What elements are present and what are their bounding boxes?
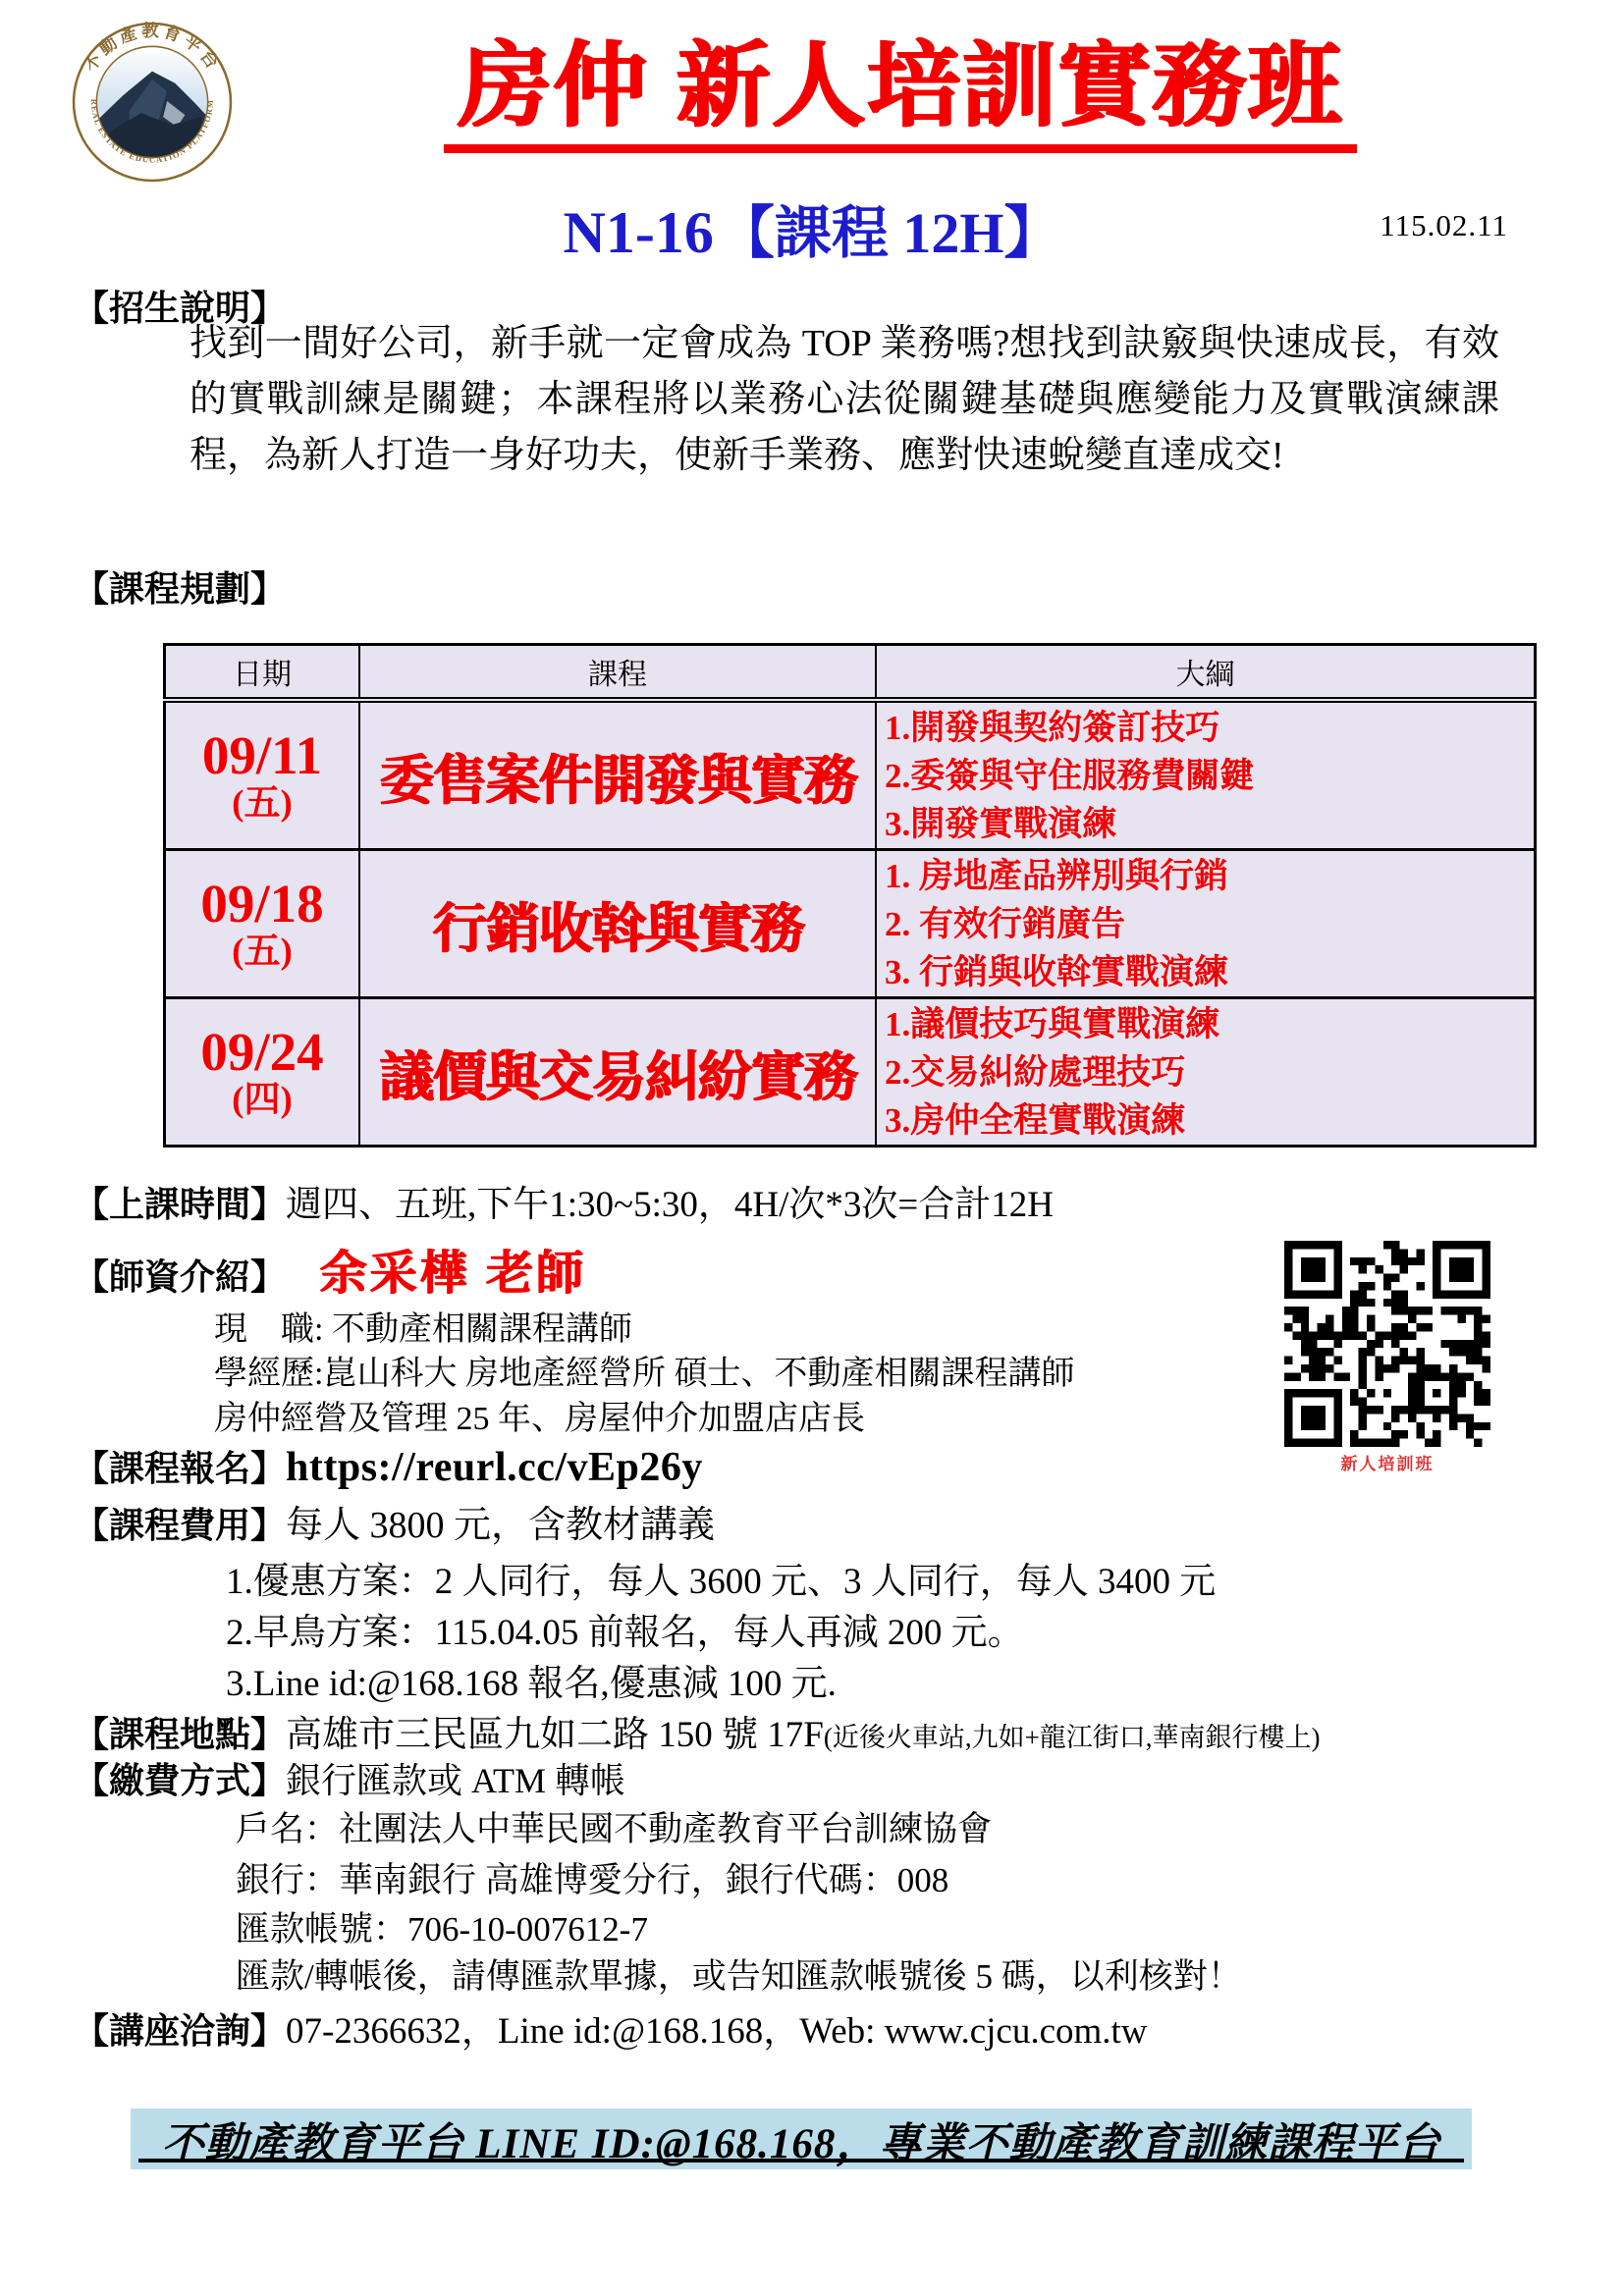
- location-address: 高雄市三民區九如二路 150 號 17F: [286, 1704, 824, 1757]
- outline-item: 1.議價技巧與實戰演練: [877, 1000, 1534, 1048]
- fee-line: 【課程費用】 每人 3800 元，含教材講義: [74, 1494, 715, 1548]
- outline-item: 3.開發實戰演練: [877, 800, 1534, 848]
- table-row: 09/18 (五) 行銷收斡與實務 1. 房地產品辨別與行銷 2. 有效行銷廣告…: [165, 850, 1536, 998]
- qr-caption: 新人培訓班: [1284, 1450, 1490, 1474]
- register-line: 【課程報名】 https://reurl.cc/vEp26y: [74, 1441, 703, 1491]
- payment-line: 【繳費方式】 銀行匯款或 ATM 轉帳: [74, 1753, 625, 1803]
- revision-date: 115.02.11: [1380, 208, 1508, 243]
- location-note: (近後火車站,九如+龍江街口,華南銀行樓上): [824, 1716, 1321, 1754]
- teacher-experience: 房仲經營及管理 25 年、房屋仲介加盟店店長: [214, 1391, 865, 1439]
- payment-method: 銀行匯款或 ATM 轉帳: [286, 1753, 625, 1803]
- location-line: 【課程地點】 高雄市三民區九如二路 150 號 17F (近後火車站,九如+龍江…: [74, 1704, 1321, 1757]
- outline-item: 3. 行銷與收斡實戰演練: [877, 948, 1534, 996]
- footer-banner: 不動產教育平台 LINE ID:@168.168，專業不動產教育訓練課程平台: [131, 2109, 1472, 2169]
- table-header-row: 日期 課程 大綱: [165, 645, 1536, 701]
- course-table: 日期 課程 大綱 09/11 (五) 委售案件開發與實務 1.開發與契約簽訂技巧…: [163, 643, 1537, 1148]
- outline-item: 2. 有效行銷廣告: [877, 900, 1534, 948]
- outline-item: 1.開發與契約簽訂技巧: [877, 704, 1534, 752]
- session-date: 09/24: [166, 1024, 358, 1081]
- session-date: 09/11: [166, 727, 358, 784]
- contact-line: 【講座洽詢】 07-2366632，Line id:@168.168，Web: …: [74, 2001, 1148, 2054]
- session-course: 委售案件開發與實務: [359, 700, 876, 850]
- session-course: 議價與交易糾紛實務: [359, 998, 876, 1147]
- session-weekday: (五): [166, 784, 358, 825]
- class-time-text: 週四、五班,下午1:30~5:30，4H/次*3次=合計12H: [286, 1174, 1054, 1227]
- teacher-heading-line: 【師資介紹】 余采樺 老師: [74, 1235, 585, 1303]
- payment-bank: 銀行：華南銀行 高雄博愛分行，銀行代碼：008: [236, 1853, 948, 1902]
- fee-item-group: 1.優惠方案：2 人同行，每人 3600 元、3 人同行，每人 3400 元: [226, 1551, 1216, 1604]
- teacher-education: 學經歷:崑山科大 房地產經營所 碩士、不動產相關課程講師: [214, 1346, 1074, 1394]
- contact-info: 07-2366632，Line id:@168.168，Web: www.cjc…: [286, 2001, 1148, 2054]
- col-header-course: 課程: [359, 645, 876, 701]
- page-title: 房仲 新人培訓實務班: [444, 33, 1356, 153]
- payment-account-name: 戶名：社團法人中華民國不動產教育平台訓練協會: [236, 1802, 992, 1851]
- fee-text: 每人 3800 元，含教材講義: [286, 1494, 715, 1548]
- session-weekday: (五): [166, 933, 358, 973]
- col-header-outline: 大綱: [876, 645, 1536, 701]
- footer-banner-underline: [138, 2159, 1464, 2163]
- fee-item-line: 3.Line id:@168.168 報名,優惠減 100 元.: [226, 1653, 837, 1706]
- payment-account-number: 匯款帳號：706-10-007612-7: [236, 1902, 648, 1951]
- outline-item: 1. 房地產品辨別與行銷: [877, 852, 1534, 900]
- class-time-line: 【上課時間】 週四、五班,下午1:30~5:30，4H/次*3次=合計12H: [74, 1174, 1054, 1227]
- course-hours: 【課程 12H】: [718, 201, 1061, 265]
- session-course: 行銷收斡與實務: [359, 850, 876, 998]
- outline-item: 2.委簽與守住服務費關鍵: [877, 752, 1534, 800]
- register-url-link[interactable]: https://reurl.cc/vEp26y: [286, 1444, 703, 1491]
- session-weekday: (四): [166, 1081, 358, 1121]
- flyer-page: 不動產教育平台 REAL ESTATE EDUCATION PLATFORM 房…: [0, 0, 1624, 2296]
- outline-item: 2.交易糾紛處理技巧: [877, 1048, 1534, 1096]
- org-logo: 不動產教育平台 REAL ESTATE EDUCATION PLATFORM: [72, 22, 233, 183]
- recruit-paragraph: 找到一間好公司，新手就一定會成為 TOP 業務嗎?想找到訣竅與快速成長，有效的實…: [189, 316, 1499, 484]
- qr-code: [1284, 1241, 1490, 1447]
- fee-item-earlybird: 2.早鳥方案：115.04.05 前報名，每人再減 200 元。: [226, 1602, 1024, 1655]
- col-header-date: 日期: [165, 645, 360, 701]
- session-date: 09/18: [166, 876, 358, 933]
- title-block: 房仲 新人培訓實務班: [236, 33, 1565, 153]
- outline-item: 3.房仲全程實戰演練: [877, 1096, 1534, 1145]
- teacher-current-job: 現 職: 不動產相關課程講師: [214, 1302, 632, 1350]
- payment-confirm-note: 匯款/轉帳後，請傳匯款單據，或告知匯款帳號後 5 碼，以利核對！: [236, 1949, 1242, 1999]
- table-row: 09/24 (四) 議價與交易糾紛實務 1.議價技巧與實戰演練 2.交易糾紛處理…: [165, 998, 1536, 1147]
- course-code: N1-16: [564, 200, 714, 265]
- section-plan-heading: 【課程規劃】: [74, 561, 286, 612]
- qr-block: 新人培訓班: [1284, 1241, 1490, 1474]
- teacher-name: 余采樺 老師: [319, 1235, 585, 1303]
- table-row: 09/11 (五) 委售案件開發與實務 1.開發與契約簽訂技巧 2.委簽與守住服…: [165, 700, 1536, 850]
